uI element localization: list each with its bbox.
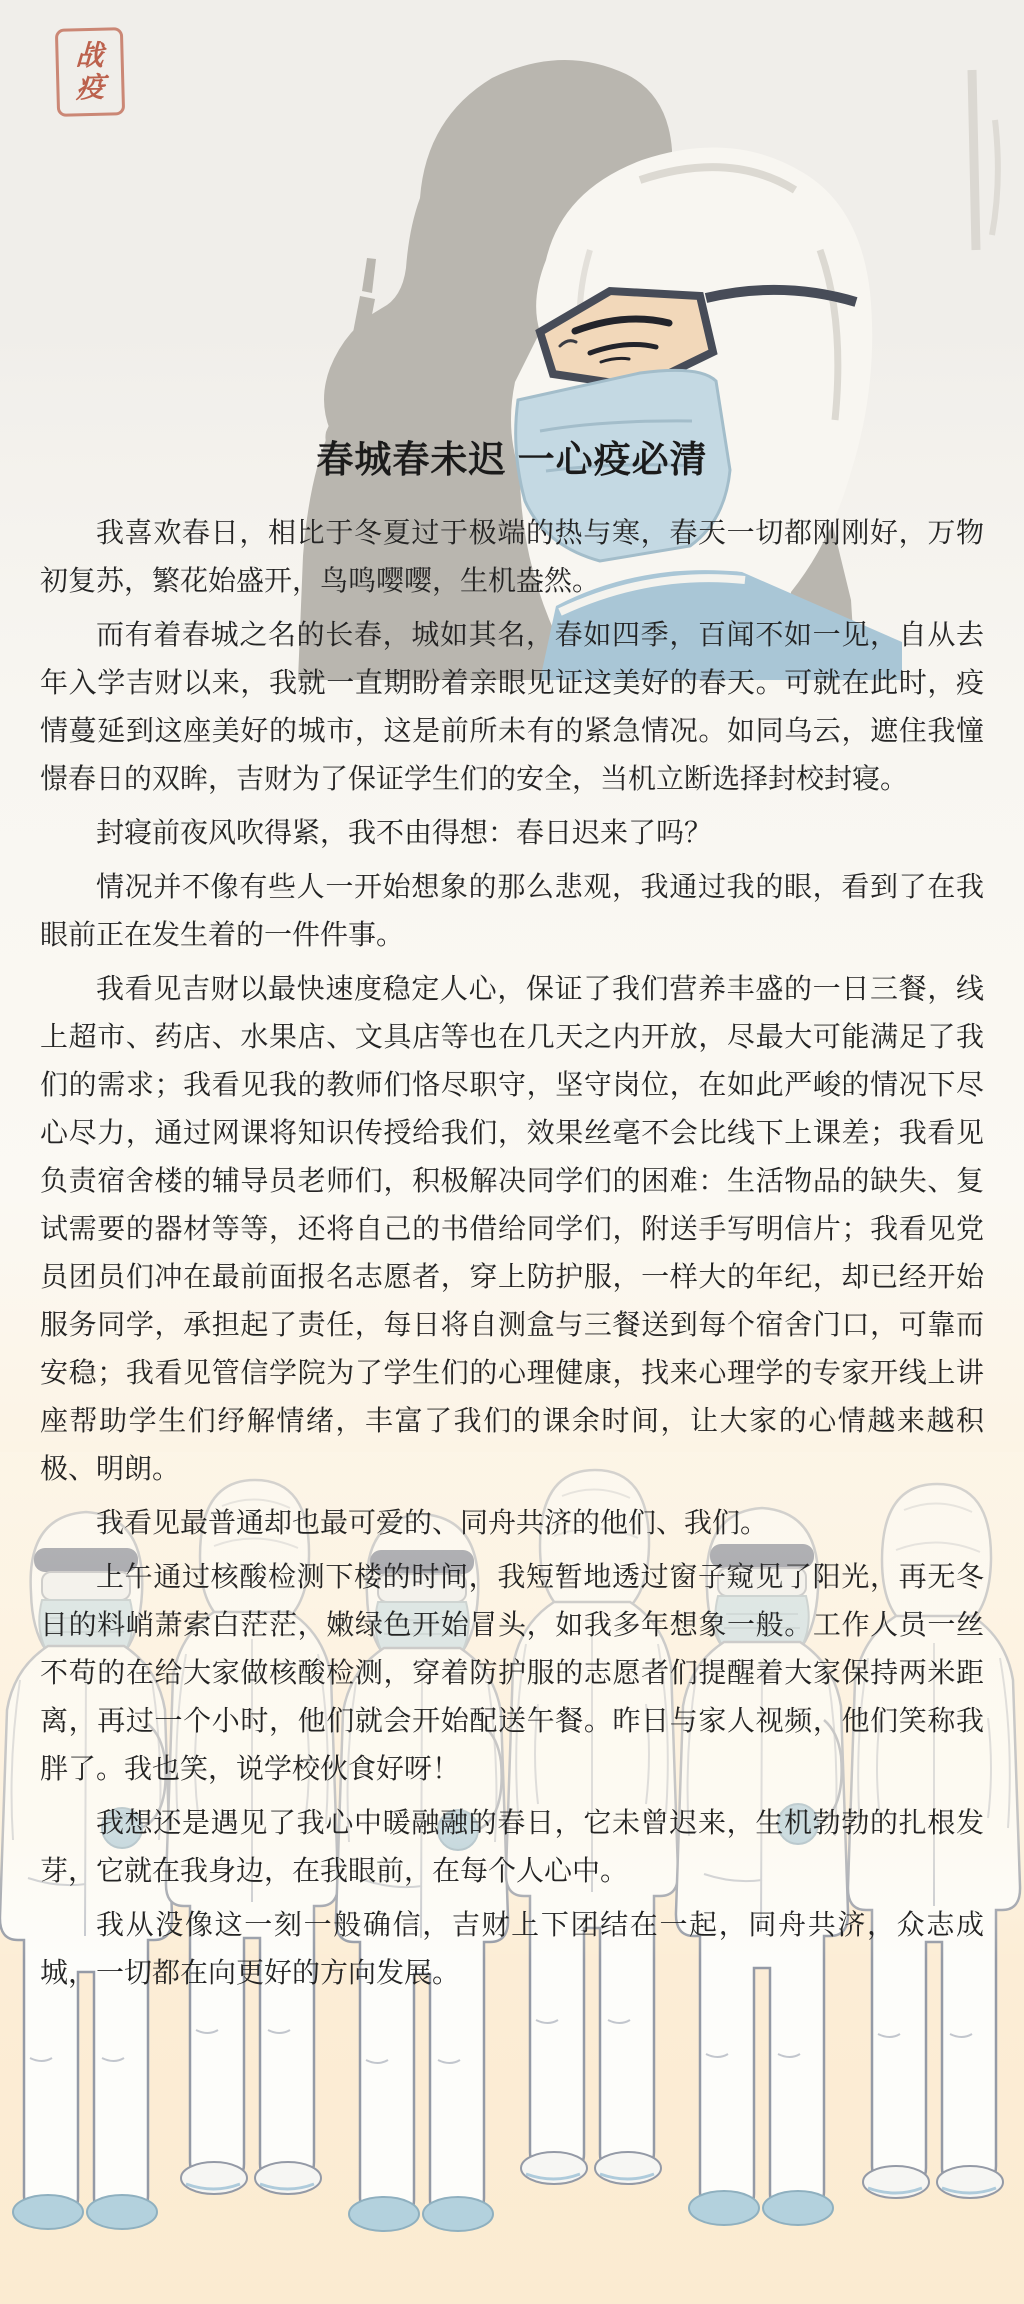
seal-char-top: 战: [75, 40, 104, 73]
article-content: 春城春未迟 一心疫必清 我喜欢春日，相比于冬夏过于极端的热与寒，春天一切都刚刚好…: [0, 0, 1024, 2304]
body-paragraph: 我看见最普通却也最可爱的、同舟共济的他们、我们。: [40, 1500, 984, 1548]
body-paragraph: 封寝前夜风吹得紧，我不由得想：春日迟来了吗？: [40, 810, 984, 858]
battle-epidemic-seal-stamp: 战 疫: [55, 27, 125, 117]
article-title: 春城春未迟 一心疫必清: [40, 438, 984, 482]
body-paragraph: 我看见吉财以最快速度稳定人心，保证了我们营养丰盛的一日三餐，线上超市、药店、水果…: [40, 966, 984, 1494]
body-paragraph: 我从没像这一刻一般确信，吉财上下团结在一起，同舟共济，众志成城，一切都在向更好的…: [40, 1902, 984, 1998]
body-paragraph: 而有着春城之名的长春，城如其名，春如四季，百闻不如一见，自从去年入学吉财以来，我…: [40, 612, 984, 804]
article-body: 我喜欢春日，相比于冬夏过于极端的热与寒，春天一切都刚刚好，万物初复苏，繁花始盛开…: [40, 510, 984, 1998]
body-paragraph: 上午通过核酸检测下楼的时间，我短暂地透过窗子窥见了阳光，再无冬日的料峭萧索白茫茫…: [40, 1554, 984, 1794]
body-paragraph: 我想还是遇见了我心中暖融融的春日，它未曾迟来，生机勃勃的扎根发芽，它就在我身边，…: [40, 1800, 984, 1896]
body-paragraph: 我喜欢春日，相比于冬夏过于极端的热与寒，春天一切都刚刚好，万物初复苏，繁花始盛开…: [40, 510, 984, 606]
seal-char-bottom: 疫: [76, 72, 105, 105]
body-paragraph: 情况并不像有些人一开始想象的那么悲观，我通过我的眼，看到了在我眼前正在发生着的一…: [40, 864, 984, 960]
article-page: 战 疫 春城春未迟 一心疫必清 我喜欢春日，相比于冬夏过于极端的热与寒，春天一切…: [0, 0, 1024, 2304]
